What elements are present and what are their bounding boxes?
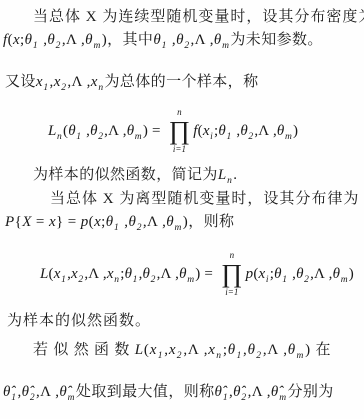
document-page: 当总体 X 为连续型随机变量时，设其分布密度为 f(x;θ1 ,θ2,Λ ,θm…	[0, 0, 364, 419]
para-sample-line: 又设x1,x2,Λ ,xn为总体的一个样本，称	[5, 71, 258, 95]
likelihood-formula-discrete: L(x1,x2,Λ ,xn;θ1,θ2,Λ ,θm) = n∏i=1p(xi;θ…	[40, 249, 354, 301]
product-operator: n∏i=1	[169, 107, 191, 154]
para-distribution-law-line: P{X = x} = p(x;θ1 ,θ2,Λ ,θm)，则称	[5, 211, 234, 235]
para-mle-line1: 若 似 然 函 数 L(x1,x2,Λ ,xn;θ1,θ2,Λ ,θm) 在	[33, 339, 331, 363]
para-continuous-case-line2: f(x;θ1 ,θ2,Λ ,θm)，其中θ1 ,θ2,Λ ,θm为未知参数。	[3, 29, 323, 53]
para-continuous-case-line1: 当总体 X 为连续型随机变量时，设其分布密度为	[33, 6, 364, 28]
product-operator: n∏i=1	[221, 250, 243, 297]
likelihood-formula-continuous: Ln(θ1 ,θ2,Λ ,θm) = n∏i=1f(xi;θ1 ,θ2,Λ ,θ…	[48, 106, 298, 158]
para-mle-line2: θ̂1,θ̂2,Λ ,θ̂m处取到最大值，则称θ̂1,θ̂2,Λ ,θ̂m分别为	[3, 381, 334, 405]
para-likelihood-name-line2: 为样本的似然函数。	[7, 310, 151, 332]
para-discrete-case-line: 当总体 X 为离型随机变量时，设其分布律为	[50, 188, 359, 210]
para-likelihood-name-line: 为样本的似然函数，简记为Ln.	[33, 164, 237, 188]
